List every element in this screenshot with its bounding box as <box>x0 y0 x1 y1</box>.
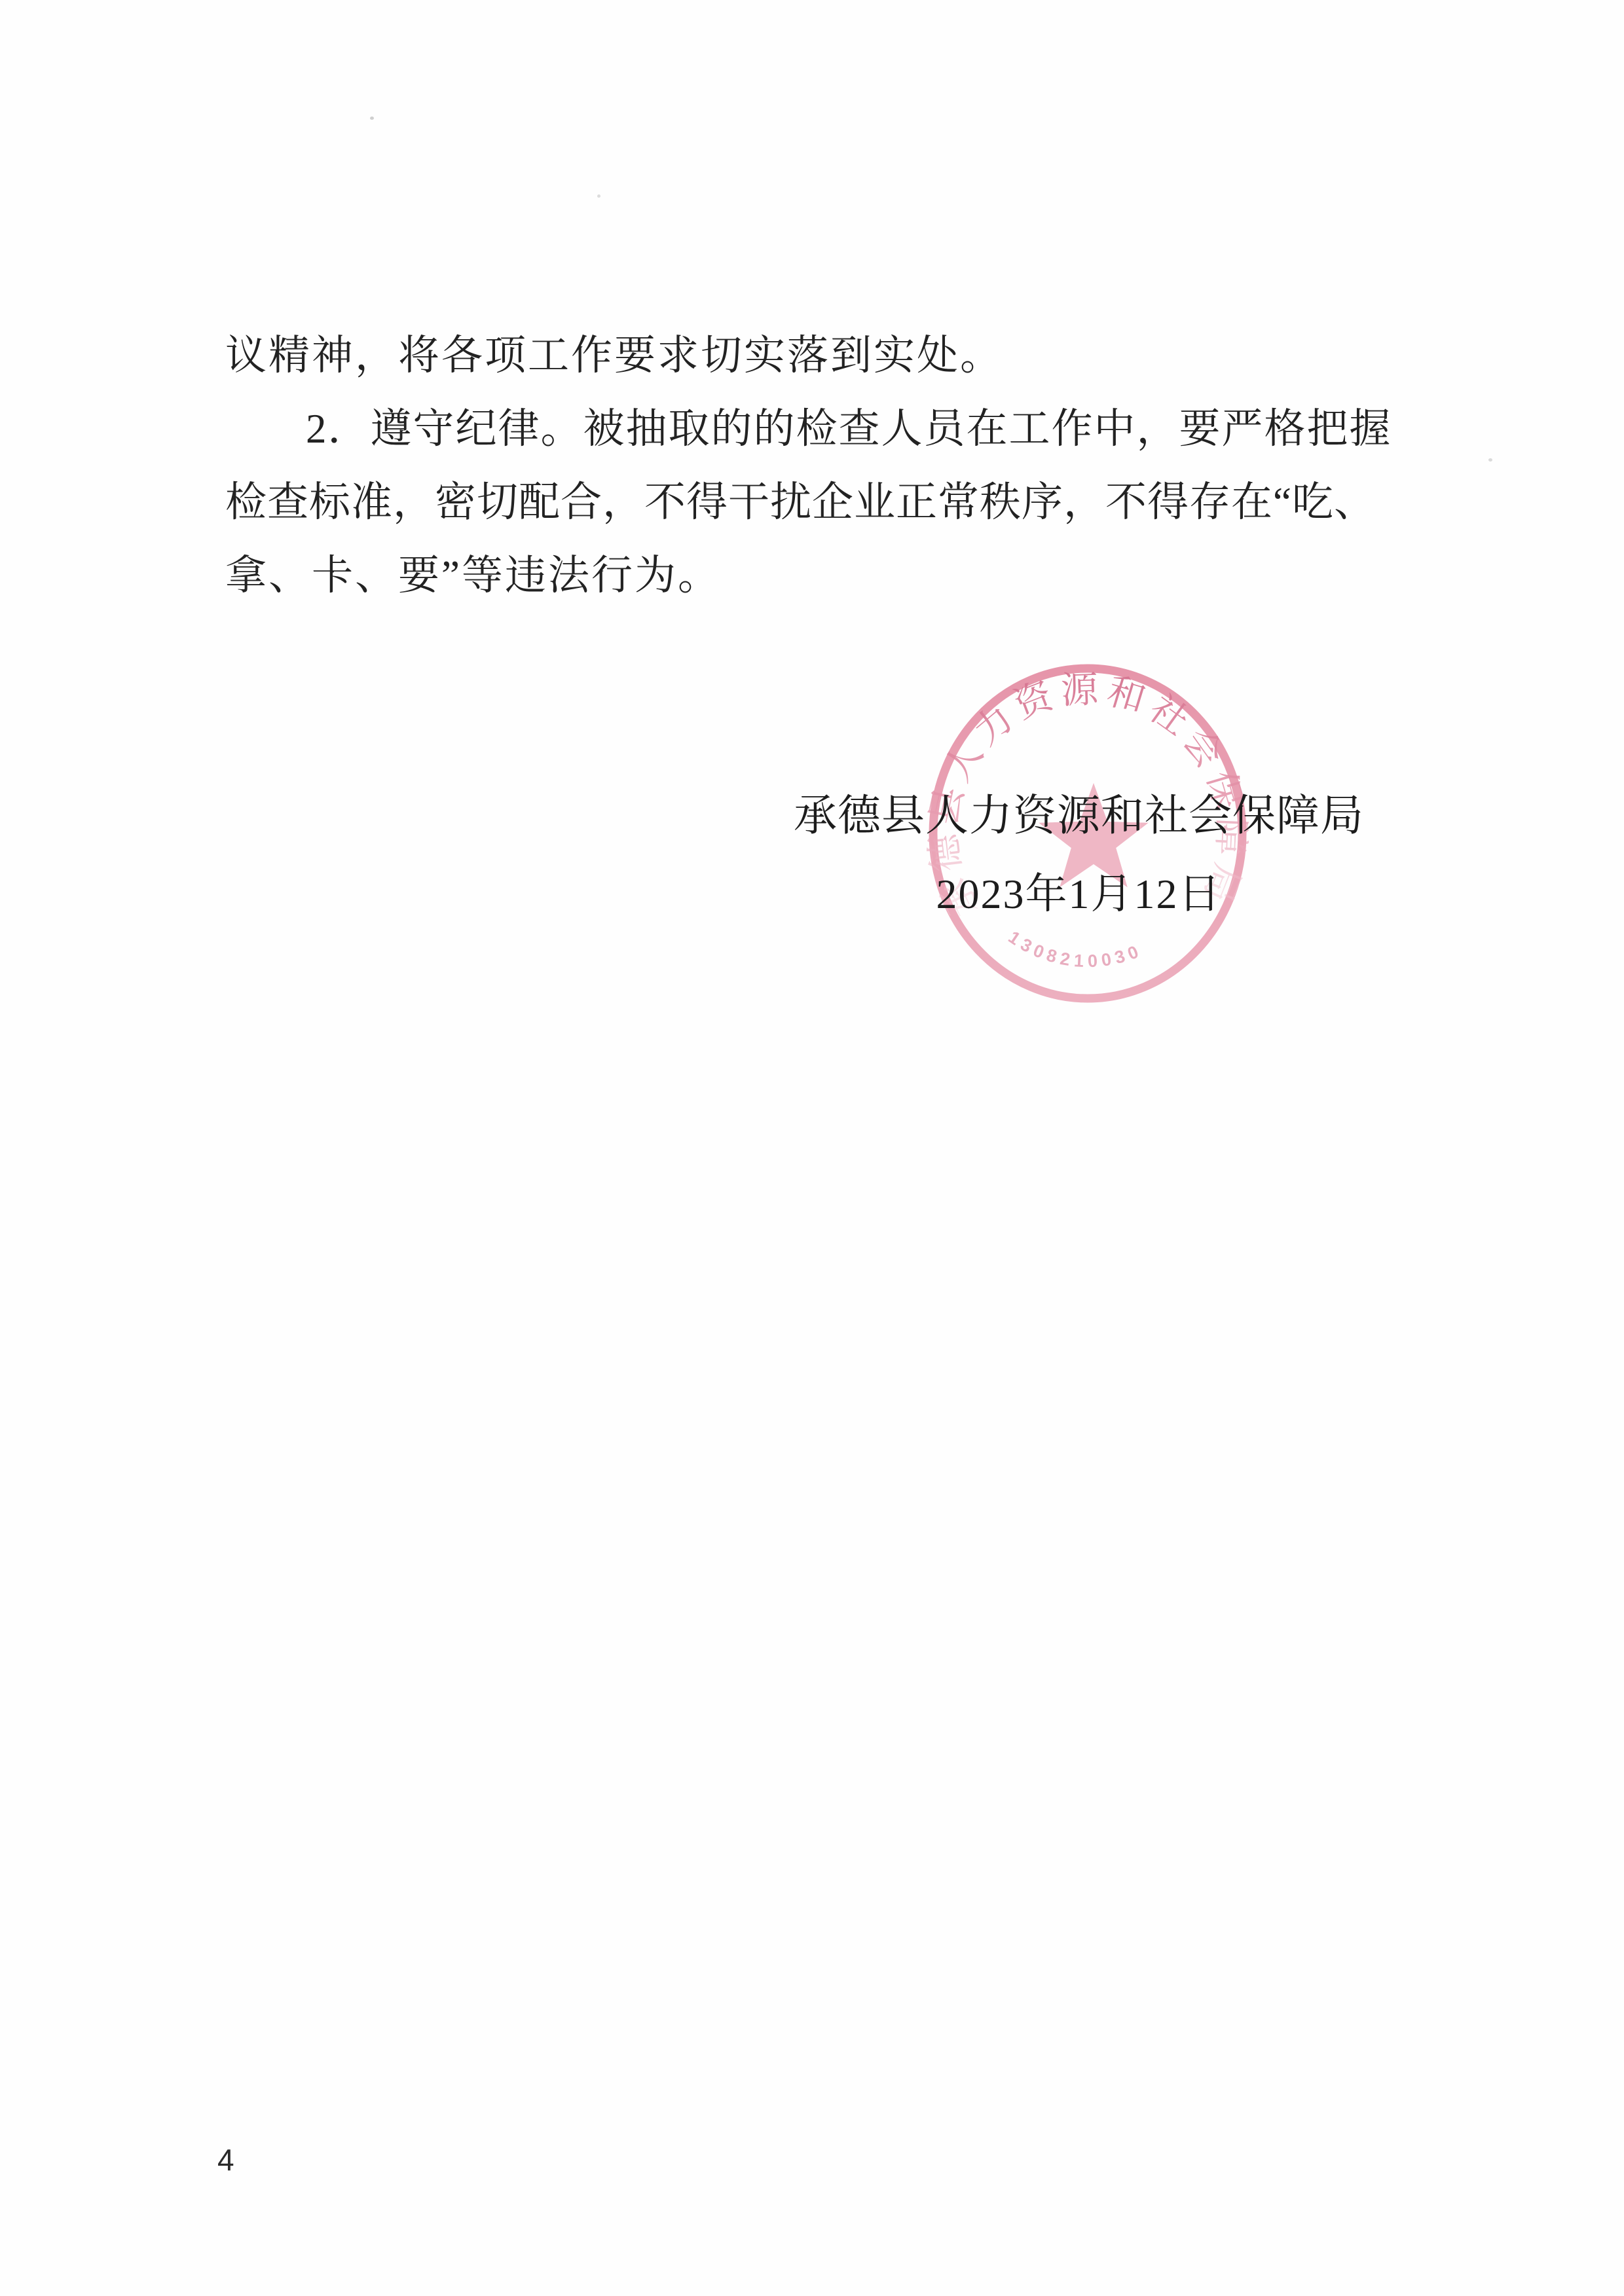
document-page: 议精神，将各项工作要求切实落到实处。 2．遵守纪律。被抽取的的检查人员在工作中，… <box>0 0 1624 2296</box>
scan-speck <box>597 194 600 198</box>
page-number: 4 <box>217 2142 234 2178</box>
paragraph-line: 2．遵守纪律。被抽取的的检查人员在工作中，要严格把握 <box>306 395 1392 455</box>
svg-text:1308210030: 1308210030 <box>1005 927 1146 971</box>
paragraph-line: 议精神，将各项工作要求切实落到实处。 <box>225 322 1003 382</box>
signature-agency: 承德县人力资源和社会保障局 <box>794 780 1370 843</box>
paragraph-line: 检查标准，密切配合，不得干扰企业正常秩序，不得存在“吃、 <box>225 469 1376 528</box>
scan-speck <box>370 117 374 120</box>
stamp-code: 1308210030 <box>1005 927 1146 971</box>
scan-speck <box>1488 458 1492 462</box>
paragraph-line: 拿、卡、要”等违法行为。 <box>225 542 721 602</box>
signature-date: 2023年1月12日 <box>794 860 1364 920</box>
